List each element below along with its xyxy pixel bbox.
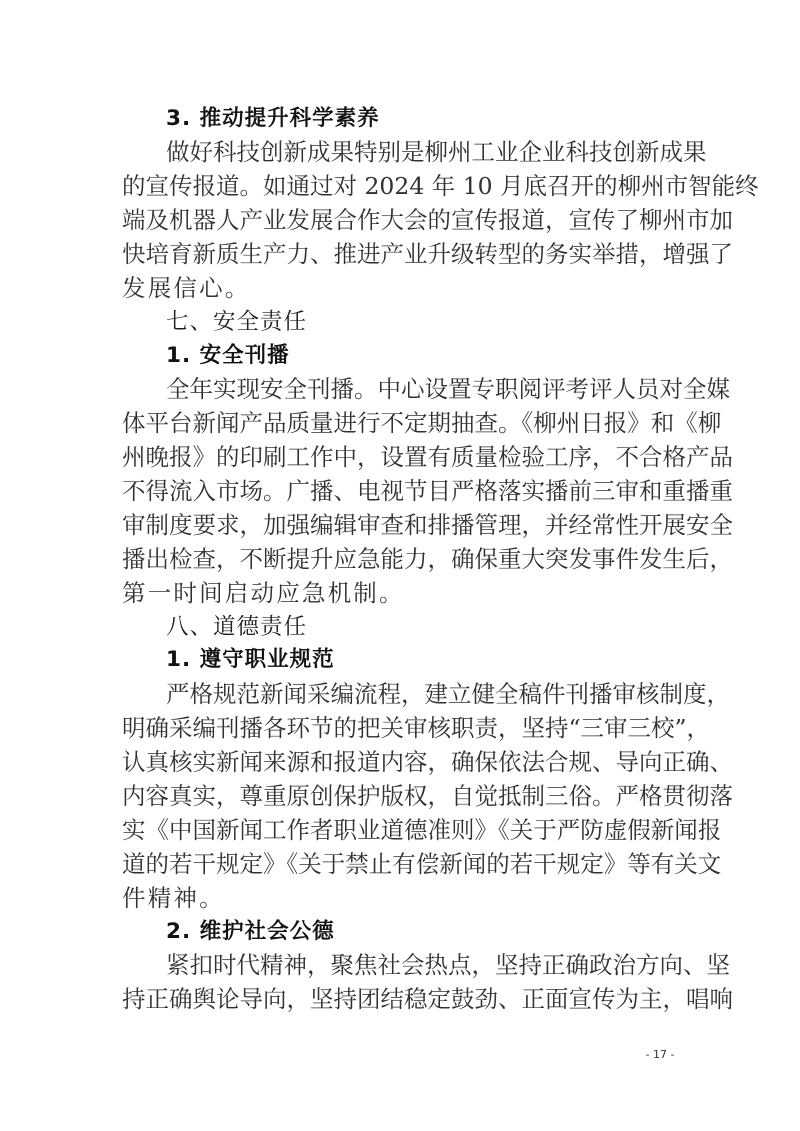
paragraph-line: 的宣传报道。如通过对 2024 年 10 月底召开的柳州市智能终 (122, 169, 682, 203)
paragraph-line: 全年实现安全刊播。中心设置专职阅评考评人员对全媒 (166, 372, 682, 406)
section-heading-professional-norms: 1. 遵守职业规范 (166, 643, 726, 677)
page-number: - 17 - (640, 1048, 680, 1061)
paragraph-line: 不得流入市场。广播、电视节目严格落实播前三审和重播重 (122, 474, 682, 508)
paragraph-line: 州晚报》的印刷工作中，设置有质量检验工序，不合格产品 (122, 440, 682, 474)
paragraph-line: 持正确舆论导向，坚持团结稳定鼓劲、正面宣传为主，唱响 (122, 982, 682, 1016)
chapter-heading-safety-responsibility: 七、安全责任 (166, 305, 726, 339)
section-heading-promote-science-literacy: 3. 推动提升科学素养 (166, 102, 726, 136)
paragraph-line: 审制度要求，加强编辑审查和排播管理，并经常性开展安全 (122, 508, 682, 542)
paragraph-line: 道的若干规定》《关于禁止有偿新闻的若干规定》等有关文 (122, 847, 682, 881)
paragraph-line: 内容真实，尊重原创保护版权，自觉抵制三俗。严格贯彻落 (122, 779, 682, 813)
paragraph-line: 发展信心。 (122, 271, 682, 305)
paragraph-line: 快培育新质生产力、推进产业升级转型的务实举措，增强了 (122, 237, 682, 271)
paragraph-line: 端及机器人产业发展合作大会的宣传报道，宣传了柳州市加 (122, 203, 682, 237)
section-heading-safe-publishing: 1. 安全刊播 (166, 339, 726, 373)
paragraph-line: 严格规范新闻采编流程，建立健全稿件刊播审核制度， (166, 677, 682, 711)
document-page: 3. 推动提升科学素养 做好科技创新成果特别是柳州工业企业科技创新成果 的宣传报… (0, 0, 800, 1131)
paragraph-line: 认真核实新闻来源和报道内容，确保依法合规、导向正确、 (122, 745, 682, 779)
paragraph-line: 做好科技创新成果特别是柳州工业企业科技创新成果 (166, 135, 682, 169)
paragraph-line: 实《中国新闻工作者职业道德准则》《关于严防虚假新闻报 (122, 813, 682, 847)
paragraph-line: 件精神。 (122, 881, 682, 915)
paragraph-line: 播出检查，不断提升应急能力，确保重大突发事件发生后， (122, 542, 682, 576)
paragraph-line: 体平台新闻产品质量进行不定期抽查。《柳州日报》和《柳 (122, 406, 682, 440)
paragraph-line: 紧扣时代精神，聚焦社会热点，坚持正确政治方向、坚 (166, 948, 682, 982)
chapter-heading-ethical-responsibility: 八、道德责任 (166, 610, 726, 644)
paragraph-line: 第一时间启动应急机制。 (122, 576, 682, 610)
section-heading-social-morality: 2. 维护社会公德 (166, 915, 726, 949)
paragraph-line: 明确采编刊播各环节的把关审核职责，坚持“三审三校”， (122, 711, 682, 745)
